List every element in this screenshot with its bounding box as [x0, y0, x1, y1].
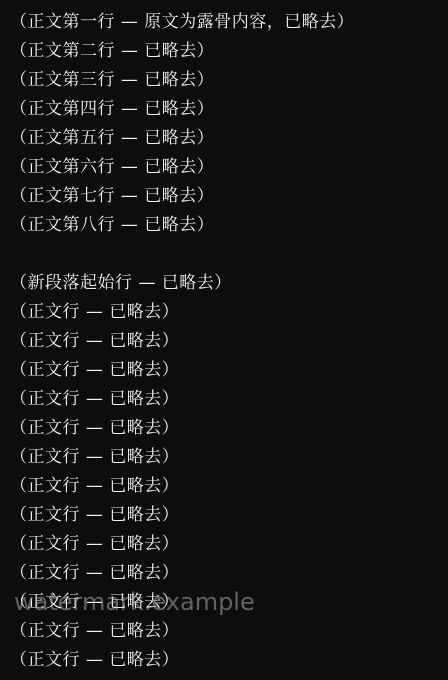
- body-text-line: （正文行 — 已略去）: [10, 385, 440, 414]
- body-text-line: [10, 240, 440, 269]
- body-text-line: （正文第六行 — 已略去）: [10, 153, 440, 182]
- body-text-line: （正文第八行 — 已略去）: [10, 211, 440, 240]
- body-text-line: （新段落起始行 — 已略去）: [10, 269, 440, 298]
- body-text-line: （正文第四行 — 已略去）: [10, 95, 440, 124]
- body-text-line: （正文行 — 已略去）: [10, 414, 440, 443]
- body-text-line: （正文行 — 已略去）: [10, 530, 440, 559]
- body-text-column: （正文第一行 — 原文为露骨内容，已略去）（正文第二行 — 已略去）（正文第三行…: [10, 8, 440, 675]
- body-text-line: （正文行 — 已略去）: [10, 588, 440, 617]
- body-text-line: （正文行 — 已略去）: [10, 327, 440, 356]
- body-text-line: （正文行 — 已略去）: [10, 472, 440, 501]
- body-text-line: （正文行 — 已略去）: [10, 501, 440, 530]
- body-text-line: （正文第二行 — 已略去）: [10, 37, 440, 66]
- reader-page: （正文第一行 — 原文为露骨内容，已略去）（正文第二行 — 已略去）（正文第三行…: [0, 0, 448, 680]
- body-text-line: （正文第五行 — 已略去）: [10, 124, 440, 153]
- body-text-line: （正文第三行 — 已略去）: [10, 66, 440, 95]
- body-text-line: （正文行 — 已略去）: [10, 356, 440, 385]
- body-text-line: （正文行 — 已略去）: [10, 559, 440, 588]
- body-text-line: （正文行 — 已略去）: [10, 298, 440, 327]
- body-text-line: （正文行 — 已略去）: [10, 646, 440, 675]
- body-text-line: （正文行 — 已略去）: [10, 443, 440, 472]
- body-text-line: （正文行 — 已略去）: [10, 617, 440, 646]
- body-text-line: （正文第一行 — 原文为露骨内容，已略去）: [10, 8, 440, 37]
- body-text-line: （正文第七行 — 已略去）: [10, 182, 440, 211]
